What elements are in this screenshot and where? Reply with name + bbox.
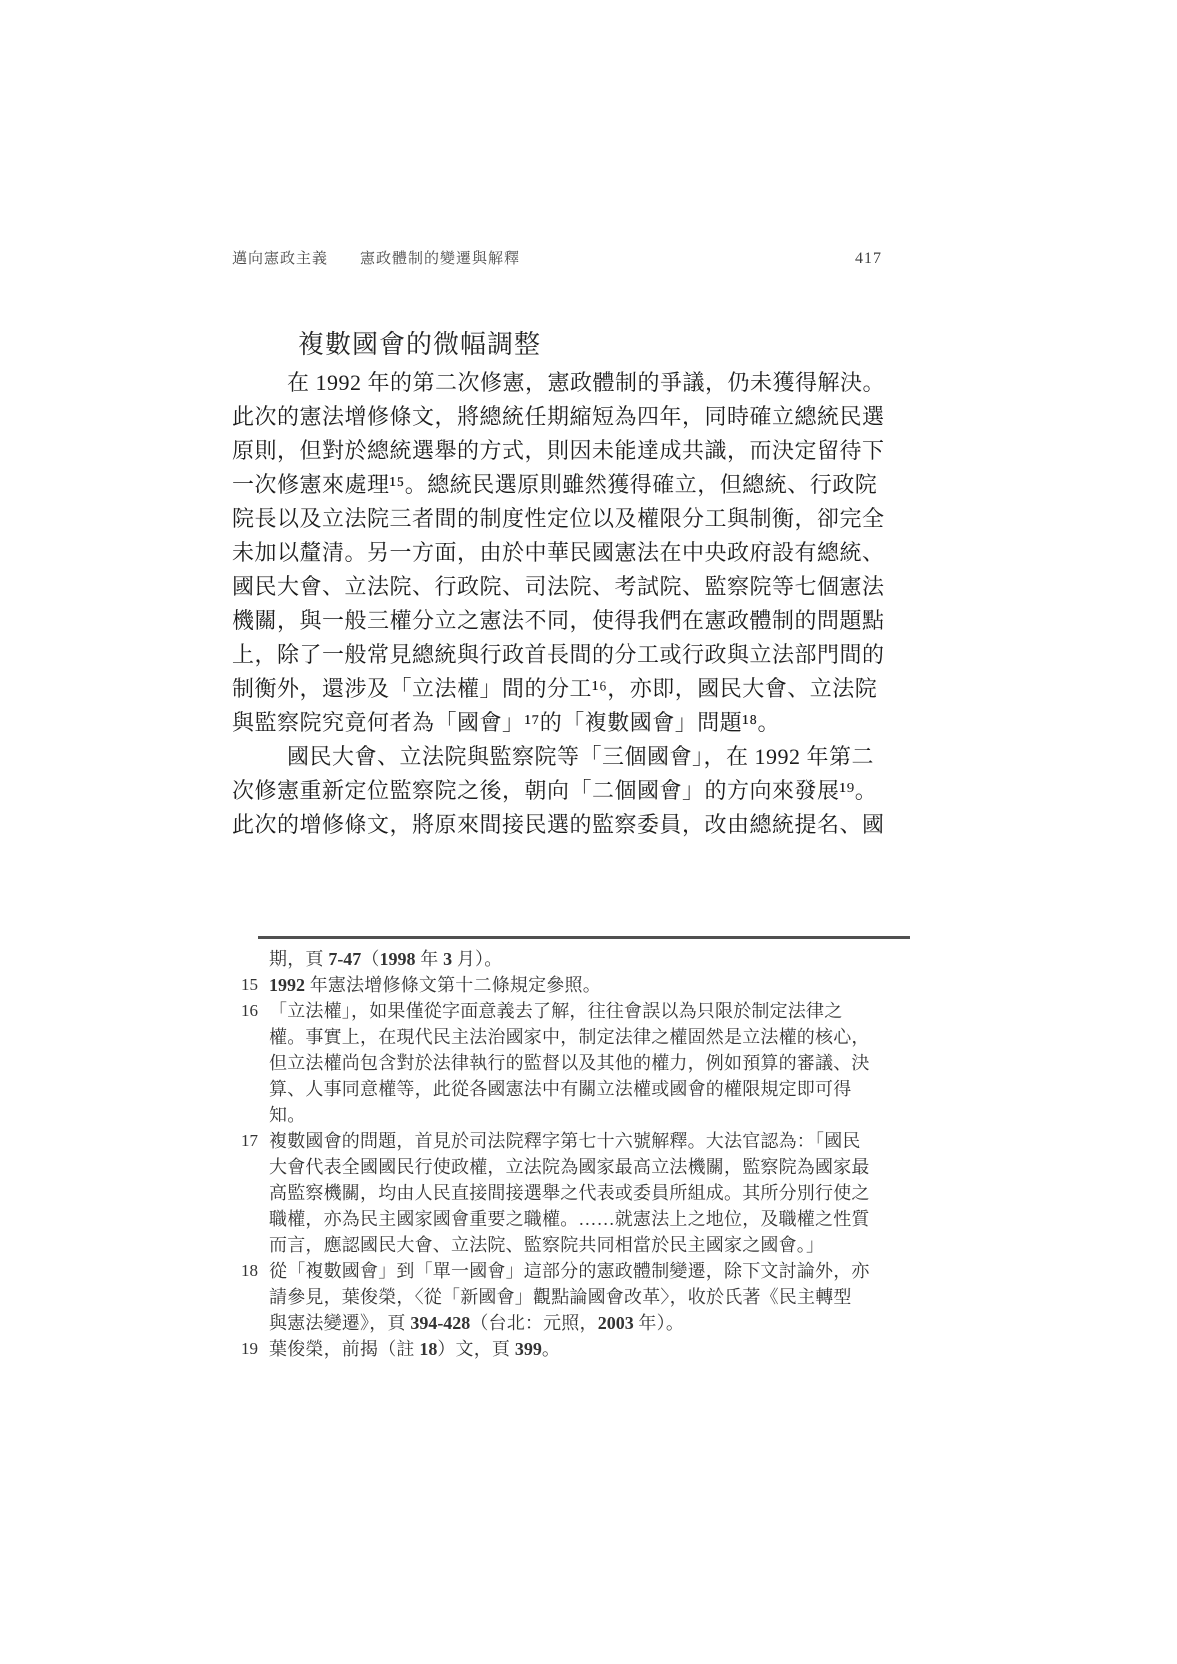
footnote-number: 15 — [241, 972, 258, 998]
footnote-number: 17 — [241, 1128, 258, 1154]
body-line: 上，除了一般常見總統與行政首長間的分工或行政與立法部門間的 — [232, 638, 932, 672]
footnote-item: 19葉俊榮，前揭（註 18）文，頁 399。 — [232, 1336, 932, 1362]
footnote-line: 但立法權尚包含對於法律執行的監督以及其他的權力，例如預算的審議、決 — [269, 1050, 932, 1076]
footnote-line: 從「複數國會」到「單一國會」這部分的憲政體制變遷，除下文討論外，亦 — [269, 1258, 932, 1284]
body-line: 次修憲重新定位監察院之後，朝向「二個國會」的方向來發展¹⁹。 — [232, 774, 932, 808]
body-line: 一次修憲來處理¹⁵。總統民選原則雖然獲得確立，但總統、行政院 — [232, 468, 932, 502]
footnote-line: 大會代表全國國民行使政權，立法院為國家最高立法機關，監察院為國家最 — [269, 1154, 932, 1180]
footnote-line: 1992 年憲法增修條文第十二條規定參照。 — [269, 972, 932, 998]
body-line: 未加以釐清。另一方面，由於中華民國憲法在中央政府設有總統、 — [232, 536, 932, 570]
footnote-line: 請參見，葉俊榮，〈從「新國會」觀點論國會改革〉，收於氏著《民主轉型 — [269, 1284, 932, 1310]
body-line: 國民大會、立法院與監察院等「三個國會」，在 1992 年第二 — [232, 740, 932, 774]
body-text: 在 1992 年的第二次修憲，憲政體制的爭議，仍未獲得解決。此次的憲法增修條文，… — [232, 366, 932, 842]
document-page: 邁向憲政主義 憲政體制的變遷與解釋 417 複數國會的微幅調整 在 1992 年… — [0, 0, 1177, 1664]
body-line: 制衡外，還涉及「立法權」間的分工¹⁶，亦即，國民大會、立法院 — [232, 672, 932, 706]
footnote-line: 複數國會的問題，首見於司法院釋字第七十六號解釋。大法官認為：「國民 — [269, 1128, 932, 1154]
body-line: 此次的憲法增修條文，將總統任期縮短為四年，同時確立總統民選 — [232, 400, 932, 434]
footnote-text: 複數國會的問題，首見於司法院釋字第七十六號解釋。大法官認為：「國民大會代表全國國… — [269, 1128, 932, 1258]
footnote-line: 與憲法變遷》，頁 394-428（台北：元照，2003 年）。 — [269, 1310, 932, 1336]
footnote-number: 16 — [241, 998, 258, 1024]
footnote-number: 18 — [241, 1258, 258, 1284]
body-line: 在 1992 年的第二次修憲，憲政體制的爭議，仍未獲得解決。 — [232, 366, 932, 400]
body-line: 與監察院究竟何者為「國會」¹⁷的「複數國會」問題¹⁸。 — [232, 706, 932, 740]
footnote-line: 而言，應認國民大會、立法院、監察院共同相當於民主國家之國會。」 — [269, 1232, 932, 1258]
body-line: 此次的增修條文，將原來間接民選的監察委員，改由總統提名、國 — [232, 808, 932, 842]
page-header: 邁向憲政主義 憲政體制的變遷與解釋 417 — [232, 247, 882, 268]
footnote-line: 高監察機關，均由人民直接間接選舉之代表或委員所組成。其所分別行使之 — [269, 1180, 932, 1206]
footnote-item: 期，頁 7-47（1998 年 3 月）。 — [232, 946, 932, 972]
section-title: 複數國會的微幅調整 — [298, 324, 541, 361]
body-line: 國民大會、立法院、行政院、司法院、考試院、監察院等七個憲法 — [232, 570, 932, 604]
footnote-item: 16「立法權」，如果僅從字面意義去了解，往往會誤以為只限於制定法律之權。事實上，… — [232, 998, 932, 1128]
footnote-text: 葉俊榮，前揭（註 18）文，頁 399。 — [269, 1336, 932, 1362]
footnotes-list: 期，頁 7-47（1998 年 3 月）。151992 年憲法增修條文第十二條規… — [232, 946, 932, 1362]
footnote-text: 1992 年憲法增修條文第十二條規定參照。 — [269, 972, 932, 998]
running-title: 邁向憲政主義 憲政體制的變遷與解釋 — [232, 247, 520, 268]
footnote-line: 葉俊榮，前揭（註 18）文，頁 399。 — [269, 1336, 932, 1362]
footnote-line: 權。事實上，在現代民主法治國家中，制定法律之權固然是立法權的核心， — [269, 1024, 932, 1050]
footnote-item: 151992 年憲法增修條文第十二條規定參照。 — [232, 972, 932, 998]
page-number: 417 — [855, 250, 882, 268]
body-line: 院長以及立法院三者間的制度性定位以及權限分工與制衡，卻完全 — [232, 502, 932, 536]
footnote-text: 從「複數國會」到「單一國會」這部分的憲政體制變遷，除下文討論外，亦請參見，葉俊榮… — [269, 1258, 932, 1336]
body-line: 原則，但對於總統選舉的方式，則因未能達成共識，而決定留待下 — [232, 434, 932, 468]
footnote-line: 職權，亦為民主國家國會重要之職權。……就憲法上之地位，及職權之性質 — [269, 1206, 932, 1232]
footnote-text: 期，頁 7-47（1998 年 3 月）。 — [269, 946, 932, 972]
footnote-separator — [258, 936, 910, 939]
footnote-item: 18從「複數國會」到「單一國會」這部分的憲政體制變遷，除下文討論外，亦請參見，葉… — [232, 1258, 932, 1336]
footnote-item: 17複數國會的問題，首見於司法院釋字第七十六號解釋。大法官認為：「國民大會代表全… — [232, 1128, 932, 1258]
footnote-line: 知。 — [269, 1102, 932, 1128]
footnote-line: 「立法權」，如果僅從字面意義去了解，往往會誤以為只限於制定法律之 — [269, 998, 932, 1024]
footnote-number: 19 — [241, 1336, 258, 1362]
footnote-line: 算、人事同意權等，此從各國憲法中有關立法權或國會的權限規定即可得 — [269, 1076, 932, 1102]
body-line: 機關，與一般三權分立之憲法不同，使得我們在憲政體制的問題點 — [232, 604, 932, 638]
footnote-line: 期，頁 7-47（1998 年 3 月）。 — [269, 946, 932, 972]
footnote-text: 「立法權」，如果僅從字面意義去了解，往往會誤以為只限於制定法律之權。事實上，在現… — [269, 998, 932, 1128]
